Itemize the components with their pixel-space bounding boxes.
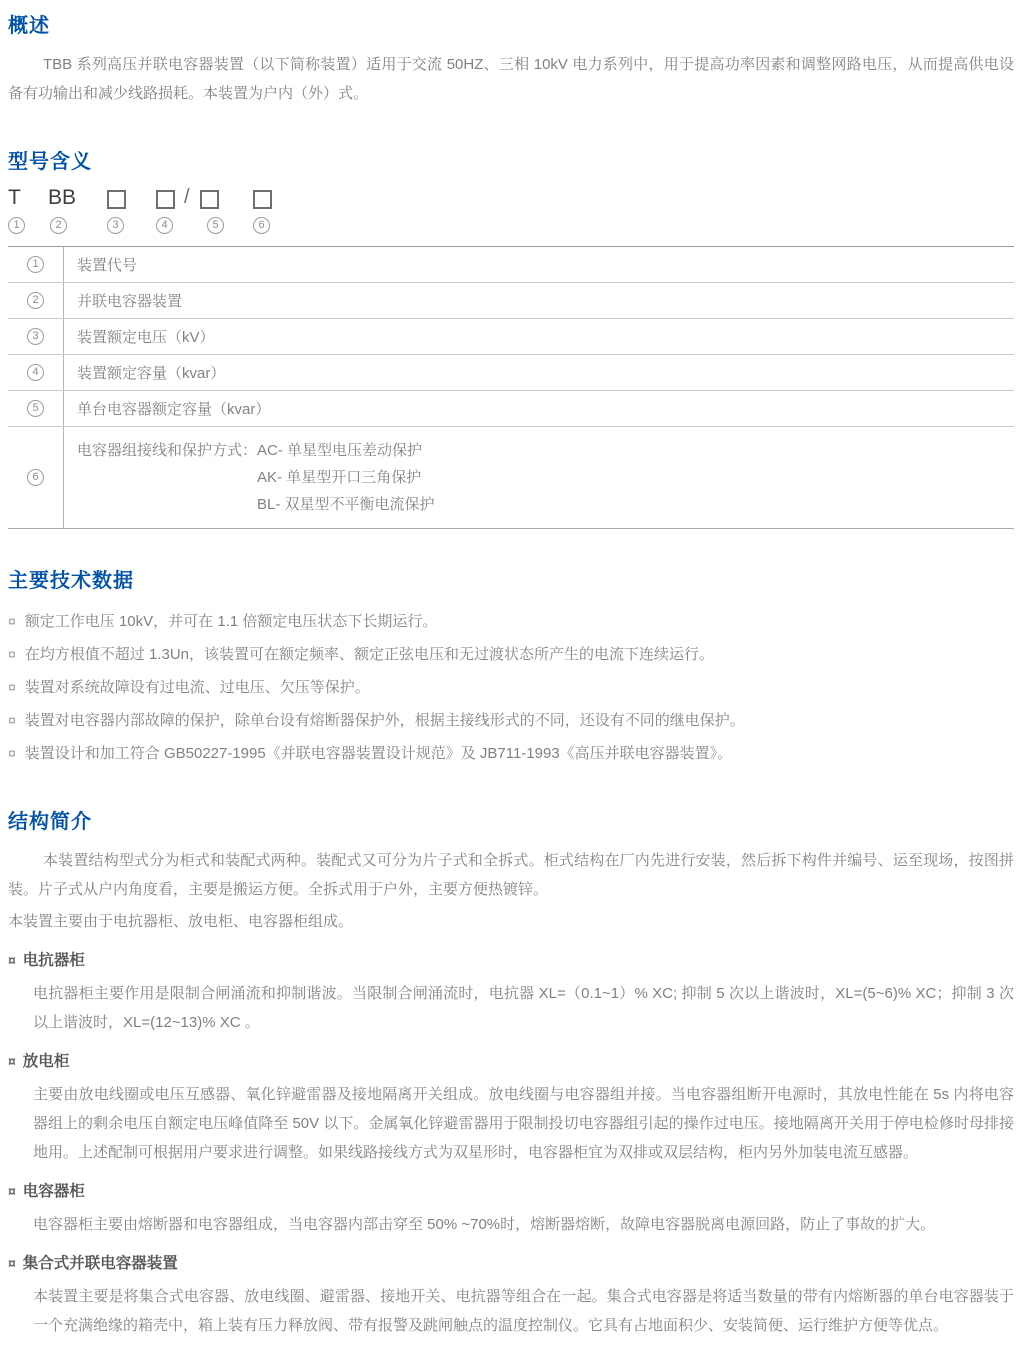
list-item-text: 在均方根值不超过 1.3Un，该装置可在额定频率、额定正弦电压和无过渡状态所产生… <box>25 646 714 663</box>
row-number-cell: 2 <box>8 283 64 318</box>
circled-number: 5 <box>27 400 44 417</box>
subsection-body: 电抗器柜主要作用是限制合闸涌流和抑制谐波。当限制合闸涌流时，电抗器 XL=（0.… <box>33 979 1014 1037</box>
list-item: ¤装置设计和加工符合 GB50227-1995《并联电容器装置设计规范》及 JB… <box>8 737 1014 770</box>
protection-option: BL- 双星型不平衡电流保护 <box>257 491 435 518</box>
circled-number-2: 2 <box>50 217 67 234</box>
bullet-marker-icon: ¤ <box>8 952 16 968</box>
bullet-marker-icon: ¤ <box>8 712 16 728</box>
protection-option: AC- 单星型电压差动保护 <box>257 437 435 464</box>
bullet-marker-icon: ¤ <box>8 613 16 629</box>
model-code-letter-t: T <box>8 186 21 210</box>
model-code-box <box>107 190 126 209</box>
model-code-diagram: T BB / 1 2 3 4 5 6 <box>8 186 1014 238</box>
subsection-title-discharge-cabinet: ¤放电柜 <box>8 1049 1014 1074</box>
subsection-body: 电容器柜主要由熔断器和电容器组成，当电容器内部击穿至 50% ~70%时，熔断器… <box>33 1210 1014 1239</box>
circled-number: 3 <box>27 328 44 345</box>
subsection-title-reactor-cabinet: ¤电抗器柜 <box>8 948 1014 973</box>
protection-mode-label: 电容器组接线和保护方式： <box>77 437 257 464</box>
spacer <box>8 529 1014 569</box>
model-code-box <box>200 190 219 209</box>
model-meaning-title: 型号含义 <box>8 150 1014 174</box>
row-text-cell: 装置额定容量（kvar） <box>64 355 225 390</box>
overview-paragraph: TBB 系列高压并联电容器装置（以下简称装置）适用于交流 50HZ、三相 10k… <box>8 50 1014 108</box>
subsection-title-capacitor-cabinet: ¤电容器柜 <box>8 1179 1014 1204</box>
subsection-title-collective-device: ¤集合式并联电容器装置 <box>8 1251 1014 1276</box>
row-text-cell: 并联电容器装置 <box>64 283 182 318</box>
subsection-title-text: 集合式并联电容器装置 <box>23 1255 178 1272</box>
subsection-title-text: 电容器柜 <box>23 1183 85 1200</box>
bullet-marker-icon: ¤ <box>8 1183 16 1199</box>
circled-number-3: 3 <box>107 217 124 234</box>
table-row: 4 装置额定容量（kvar） <box>8 355 1014 391</box>
bullet-marker-icon: ¤ <box>8 646 16 662</box>
circled-number-5: 5 <box>207 217 224 234</box>
model-code-slash: / <box>184 186 190 209</box>
list-item: ¤装置对电容器内部故障的保护，除单台设有熔断器保护外，根据主接线形式的不同，还设… <box>8 704 1014 737</box>
protection-option: AK- 单星型开口三角保护 <box>257 464 435 491</box>
row-text-cell: 单台电容器额定容量（kvar） <box>64 391 270 426</box>
bullet-marker-icon: ¤ <box>8 679 16 695</box>
protection-options: AC- 单星型电压差动保护 AK- 单星型开口三角保护 BL- 双星型不平衡电流… <box>257 437 435 518</box>
circled-number: 1 <box>27 256 44 273</box>
bullet-marker-icon: ¤ <box>8 745 16 761</box>
table-row: 6 电容器组接线和保护方式： AC- 单星型电压差动保护 AK- 单星型开口三角… <box>8 427 1014 529</box>
row-number-cell: 3 <box>8 319 64 354</box>
spacer <box>8 108 1014 150</box>
model-code-letter-bb: BB <box>48 186 76 210</box>
row-text-cell: 装置额定电压（kV） <box>64 319 215 354</box>
list-item: ¤额定工作电压 10kV，并可在 1.1 倍额定电压状态下长期运行。 <box>8 605 1014 638</box>
tech-data-title: 主要技术数据 <box>8 569 1014 593</box>
tech-data-list: ¤额定工作电压 10kV，并可在 1.1 倍额定电压状态下长期运行。 ¤在均方根… <box>8 605 1014 770</box>
overview-title: 概述 <box>8 14 1014 38</box>
list-item-text: 装置对系统故障设有过电流、过电压、欠压等保护。 <box>25 679 370 696</box>
structure-intro-paragraph: 本装置结构型式分为柜式和装配式两种。装配式又可分为片子式和全拆式。柜式结构在厂内… <box>8 846 1014 904</box>
circled-number: 6 <box>27 469 44 486</box>
row-text-cell: 装置代号 <box>64 247 137 282</box>
subsection-body: 本装置主要是将集合式电容器、放电线圈、避雷器、接地开关、电抗器等组合在一起。集合… <box>33 1282 1014 1340</box>
list-item-text: 装置设计和加工符合 GB50227-1995《并联电容器装置设计规范》及 JB7… <box>25 745 732 762</box>
spacer <box>8 770 1014 810</box>
subsection-title-text: 放电柜 <box>23 1053 70 1070</box>
structure-title: 结构简介 <box>8 810 1014 834</box>
document-page: 概述 TBB 系列高压并联电容器装置（以下简称装置）适用于交流 50HZ、三相 … <box>0 0 1022 1370</box>
circled-number: 4 <box>27 364 44 381</box>
list-item: ¤装置对系统故障设有过电流、过电压、欠压等保护。 <box>8 671 1014 704</box>
list-item-text: 装置对电容器内部故障的保护，除单台设有熔断器保护外，根据主接线形式的不同，还设有… <box>25 712 745 729</box>
row-text-cell: 电容器组接线和保护方式： AC- 单星型电压差动保护 AK- 单星型开口三角保护… <box>64 427 435 528</box>
table-row: 2 并联电容器装置 <box>8 283 1014 319</box>
row-number-cell: 1 <box>8 247 64 282</box>
list-item-text: 额定工作电压 10kV，并可在 1.1 倍额定电压状态下长期运行。 <box>25 613 438 630</box>
bullet-marker-icon: ¤ <box>8 1053 16 1069</box>
list-item: ¤在均方根值不超过 1.3Un，该装置可在额定频率、额定正弦电压和无过渡状态所产… <box>8 638 1014 671</box>
structure-intro-paragraph-2: 本装置主要由于电抗器柜、放电柜、电容器柜组成。 <box>8 907 1014 936</box>
model-code-box <box>253 190 272 209</box>
model-code-box <box>156 190 175 209</box>
table-row: 1 装置代号 <box>8 247 1014 283</box>
circled-number: 2 <box>27 292 44 309</box>
subsection-title-text: 电抗器柜 <box>23 952 85 969</box>
table-row: 5 单台电容器额定容量（kvar） <box>8 391 1014 427</box>
subsection-body: 主要由放电线圈或电压互感器、氧化锌避雷器及接地隔离开关组成。放电线圈与电容器组并… <box>33 1080 1014 1167</box>
row-number-cell: 4 <box>8 355 64 390</box>
circled-number-1: 1 <box>8 217 25 234</box>
table-row: 3 装置额定电压（kV） <box>8 319 1014 355</box>
model-meaning-table: 1 装置代号 2 并联电容器装置 3 装置额定电压（kV） 4 装置额定容量（k… <box>8 246 1014 529</box>
row-number-cell: 6 <box>8 427 64 528</box>
bullet-marker-icon: ¤ <box>8 1255 16 1271</box>
circled-number-4: 4 <box>156 217 173 234</box>
row-number-cell: 5 <box>8 391 64 426</box>
circled-number-6: 6 <box>253 217 270 234</box>
